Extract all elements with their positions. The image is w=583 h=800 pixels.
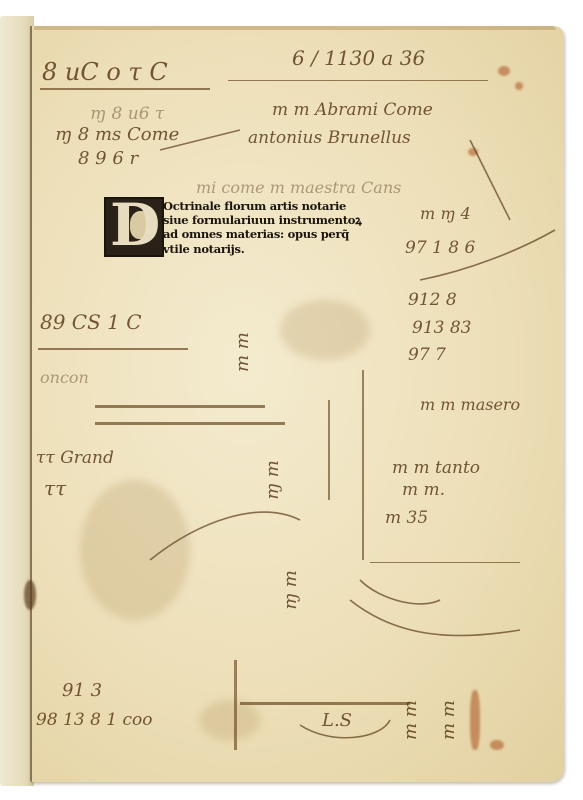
pen-flourishes (0, 0, 583, 800)
